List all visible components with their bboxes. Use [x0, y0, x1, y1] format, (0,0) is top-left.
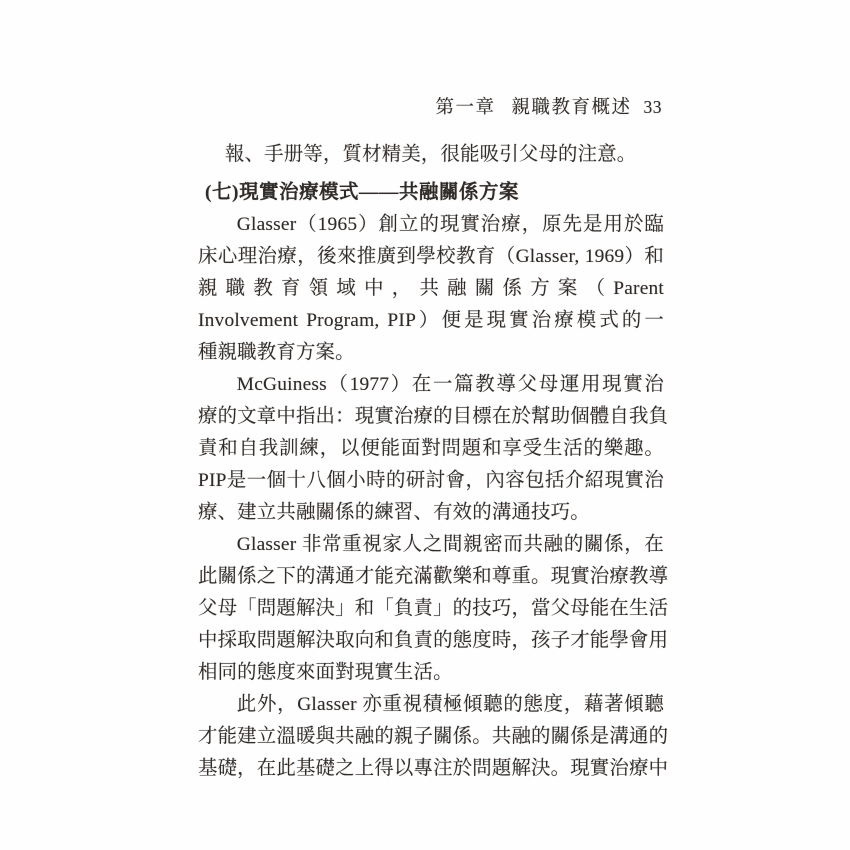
text-line: 床心理治療，後來推廣到學校教育（Glasser, 1969）和 [198, 241, 664, 273]
text-line: Glasser 非常重視家人之間親密而共融的關係，在 [198, 529, 664, 561]
text-line: PIP是一個十八個小時的研討會，內容包括介紹現實治 [198, 465, 664, 497]
page-number: 33 [644, 97, 663, 117]
text-line: Involvement Program, PIP）便是現實治療模式的一 [198, 305, 664, 337]
section-heading: (七)現實治療模式——共融關係方案 [198, 177, 664, 209]
text-line: 中採取問題解決取向和負責的態度時，孩子才能學會用 [198, 625, 664, 657]
text-line: 基礎，在此基礎之上得以專注於問題解決。現實治療中 [198, 753, 664, 785]
text-line: 親職教育領域中，共融關係方案（Parent [198, 273, 664, 305]
text-column: 報、手册等，質材精美，很能吸引父母的注意。(七)現實治療模式——共融關係方案Gl… [198, 139, 664, 785]
text-line: 種親職教育方案。 [198, 337, 664, 369]
book-page: 第一章親職教育概述33 報、手册等，質材精美，很能吸引父母的注意。(七)現實治療… [0, 0, 850, 850]
chapter-label: 第一章 [435, 98, 495, 118]
text-line: 此外，Glasser 亦重視積極傾聽的態度，藉著傾聽 [198, 689, 664, 721]
text-line: McGuiness（1977）在一篇教導父母運用現實治 [198, 369, 664, 401]
text-line: 相同的態度來面對現實生活。 [198, 657, 664, 689]
text-line: 才能建立溫暖與共融的親子關係。共融的關係是溝通的 [198, 721, 664, 753]
text-line: 父母「問題解決」和「負責」的技巧，當父母能在生活 [198, 593, 664, 625]
text-line: 療、建立共融關係的練習、有效的溝通技巧。 [198, 497, 664, 529]
text-line: 療的文章中指出：現實治療的目標在於幫助個體自我負 [198, 401, 664, 433]
text-line: Glasser（1965）創立的現實治療，原先是用於臨 [198, 209, 664, 241]
running-header-title: 親職教育概述 [511, 98, 631, 118]
running-header: 第一章親職教育概述33 [435, 93, 662, 119]
text-line: 責和自我訓練，以便能面對問題和享受生活的樂趣。 [198, 433, 664, 465]
text-line: 此關係之下的溝通才能充滿歡樂和尊重。現實治療教導 [198, 561, 664, 593]
text-line: 報、手册等，質材精美，很能吸引父母的注意。 [198, 139, 664, 171]
